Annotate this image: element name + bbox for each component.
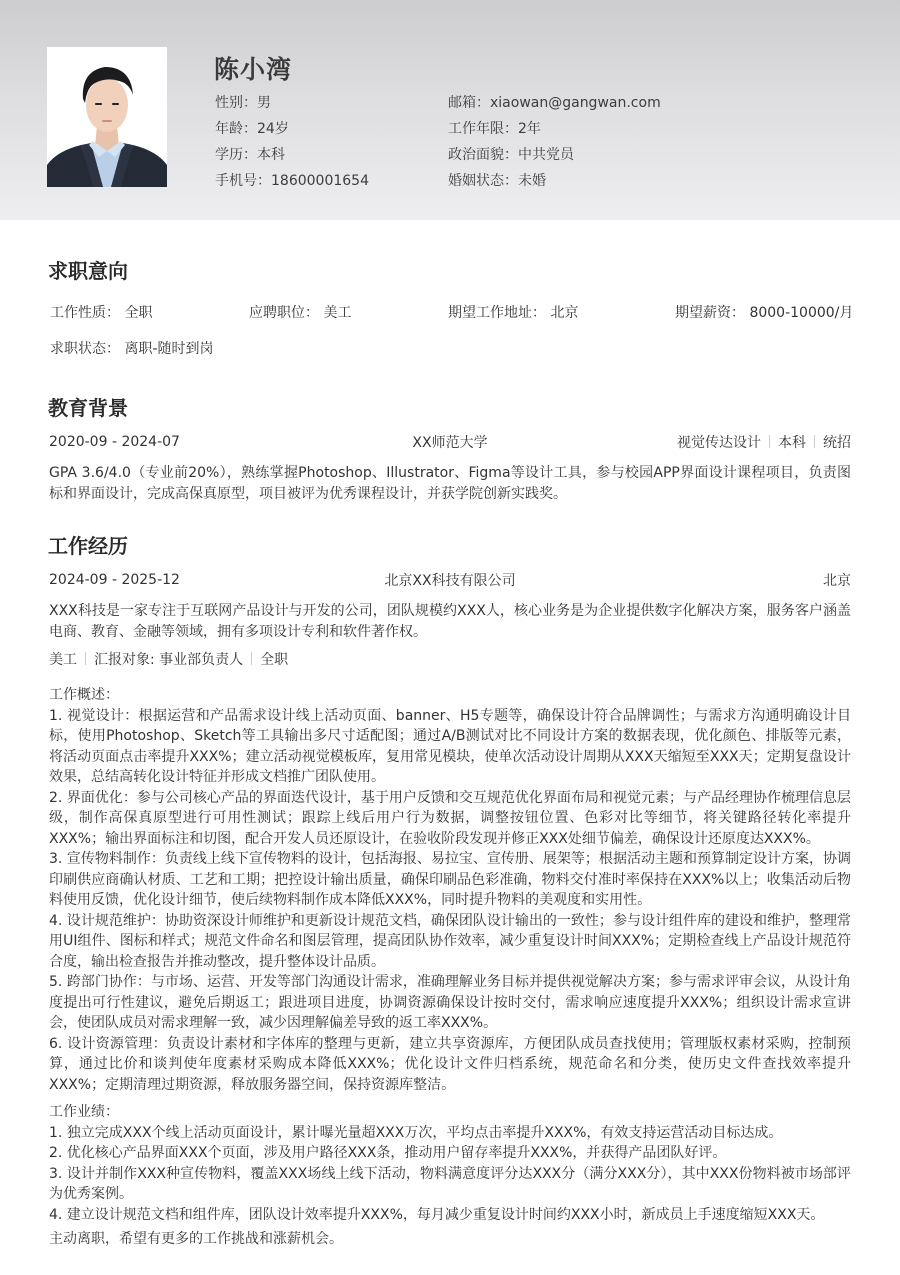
field-value: 本科 xyxy=(257,147,285,163)
work-report-to: 汇报对象: 事业部负责人 xyxy=(94,652,243,668)
field-label: 期望工作地址： xyxy=(448,305,546,321)
field-label: 手机号： xyxy=(215,173,271,189)
achievements-heading: 工作业绩： xyxy=(49,1102,851,1123)
section-title-work-experience: 工作经历 xyxy=(48,530,128,559)
field-label: 邮箱： xyxy=(448,95,490,111)
info-phone: 手机号：18600001654 xyxy=(215,171,369,197)
field-label: 政治面貌： xyxy=(448,147,518,163)
company-description: XXX科技是一家专注于互联网产品设计与开发的公司，团队规模约XXX人，核心业务是… xyxy=(49,601,851,642)
field-value: xiaowan@gangwan.com xyxy=(490,95,661,111)
divider xyxy=(814,435,815,448)
field-label: 工作性质： xyxy=(50,305,120,321)
intent-status: 求职状态： 离职-随时到岗 xyxy=(50,338,214,358)
education-major: 视觉传达设计 xyxy=(677,435,761,451)
info-gender: 性别：男 xyxy=(215,93,369,119)
education-degree: 本科 xyxy=(778,435,806,451)
field-value: 北京 xyxy=(550,305,578,321)
job-intent-row-2: 求职状态： 离职-随时到岗 xyxy=(49,338,851,358)
info-work-years: 工作年限：2年 xyxy=(448,119,661,145)
field-value: 美工 xyxy=(323,305,351,321)
section-title-job-intent: 求职意向 xyxy=(48,255,128,284)
divider xyxy=(85,652,86,665)
basic-info-left: 性别：男 年龄：24岁 学历：本科 手机号：18600001654 xyxy=(215,93,369,197)
education-period: 2020-09 - 2024-07 xyxy=(49,434,180,450)
overview-item: 6. 设计资源管理：负责设计素材和字体库的整理与更新，建立共享资源库，方便团队成… xyxy=(49,1034,851,1096)
work-overview: 工作概述： 1. 视觉设计：根据运营和产品需求设计线上活动页面、banner、H… xyxy=(49,685,851,1095)
overview-item: 1. 视觉设计：根据运营和产品需求设计线上活动页面、banner、H5专题等，确… xyxy=(49,706,851,788)
divider xyxy=(251,652,252,665)
field-label: 期望薪资： xyxy=(675,305,745,321)
field-value: 未婚 xyxy=(518,173,546,189)
overview-item: 3. 宣传物料制作：负责线上线下宣传物料的设计，包括海报、易拉宝、宣传册、展架等… xyxy=(49,849,851,911)
field-value: 8000-10000/月 xyxy=(749,305,853,321)
field-label: 年龄： xyxy=(215,121,257,137)
profile-photo xyxy=(47,47,167,187)
achievement-item: 3. 设计并制作XXX种宣传物料，覆盖XXX场线上线下活动，物料满意度评分达XX… xyxy=(49,1164,851,1205)
field-label: 学历： xyxy=(215,147,257,163)
info-age: 年龄：24岁 xyxy=(215,119,369,145)
field-label: 应聘职位： xyxy=(249,305,319,321)
education-enrollment-type: 统招 xyxy=(823,435,851,451)
info-education-level: 学历：本科 xyxy=(215,145,369,171)
section-title-education: 教育背景 xyxy=(48,392,128,421)
overview-item: 2. 界面优化：参与公司核心产品的界面迭代设计，基于用户反馈和交互规范优化界面布… xyxy=(49,788,851,850)
education-description: GPA 3.6/4.0（专业前20%），熟练掌握Photoshop、Illust… xyxy=(49,463,851,504)
leave-reason: 主动离职，希望有更多的工作挑战和涨薪机会。 xyxy=(49,1229,851,1250)
work-period: 2024-09 - 2025-12 xyxy=(49,572,180,588)
field-label: 性别： xyxy=(215,95,257,111)
basic-info-right: 邮箱：xiaowan@gangwan.com 工作年限：2年 政治面貌：中共党员… xyxy=(448,93,661,197)
info-political-status: 政治面貌：中共党员 xyxy=(448,145,661,171)
intent-position: 应聘职位： 美工 xyxy=(249,302,351,322)
work-type: 全职 xyxy=(260,652,288,668)
field-value: 2年 xyxy=(518,121,541,137)
field-label: 工作年限： xyxy=(448,121,518,137)
job-intent-row-1: 工作性质： 全职 应聘职位： 美工 期望工作地址： 北京 期望薪资： 8000-… xyxy=(49,302,851,322)
work-location: 北京 xyxy=(823,570,851,590)
work-achievements: 工作业绩： 1. 独立完成XXX个线上活动页面设计，累计曝光量超XXX万次，平均… xyxy=(49,1102,851,1225)
field-label: 婚姻状态： xyxy=(448,173,518,189)
field-value: 18600001654 xyxy=(271,173,369,189)
education-header-row: 2020-09 - 2024-07 XX师范大学 视觉传达设计本科统招 xyxy=(49,432,851,452)
work-header-row: 2024-09 - 2025-12 北京XX科技有限公司 北京 xyxy=(49,570,851,590)
work-role: 美工 xyxy=(49,652,77,668)
intent-work-type: 工作性质： 全职 xyxy=(50,302,152,322)
divider xyxy=(769,435,770,448)
achievement-item: 4. 建立设计规范文档和组件库，团队设计效率提升XXX%，每月减少重复设计时间约… xyxy=(49,1205,851,1226)
profile-header: 陈小湾 性别：男 年龄：24岁 学历：本科 手机号：18600001654 邮箱… xyxy=(0,0,900,220)
field-value: 全职 xyxy=(124,305,152,321)
field-label: 求职状态： xyxy=(50,341,120,357)
overview-heading: 工作概述： xyxy=(49,685,851,706)
achievement-item: 2. 优化核心产品界面XXX个页面，涉及用户路径XXX条，推动用户留存率提升XX… xyxy=(49,1143,851,1164)
info-email: 邮箱：xiaowan@gangwan.com xyxy=(448,93,661,119)
education-tags: 视觉传达设计本科统招 xyxy=(677,432,851,452)
person-portrait-icon xyxy=(47,47,167,187)
work-tags: 美工汇报对象: 事业部负责人全职 xyxy=(49,649,851,669)
intent-salary: 期望薪资： 8000-10000/月 xyxy=(675,302,853,322)
field-value: 中共党员 xyxy=(518,147,574,163)
field-value: 24岁 xyxy=(257,121,289,137)
overview-item: 5. 跨部门协作：与市场、运营、开发等部门沟通设计需求，准确理解业务目标并提供视… xyxy=(49,972,851,1034)
achievement-item: 1. 独立完成XXX个线上活动页面设计，累计曝光量超XXX万次，平均点击率提升X… xyxy=(49,1123,851,1144)
field-value: 男 xyxy=(257,95,271,111)
info-marital-status: 婚姻状态：未婚 xyxy=(448,171,661,197)
candidate-name: 陈小湾 xyxy=(214,50,292,86)
overview-item: 4. 设计规范维护：协助资深设计师维护和更新设计规范文档，确保团队设计输出的一致… xyxy=(49,911,851,973)
intent-location: 期望工作地址： 北京 xyxy=(448,302,578,322)
field-value: 离职-随时到岗 xyxy=(124,341,213,357)
